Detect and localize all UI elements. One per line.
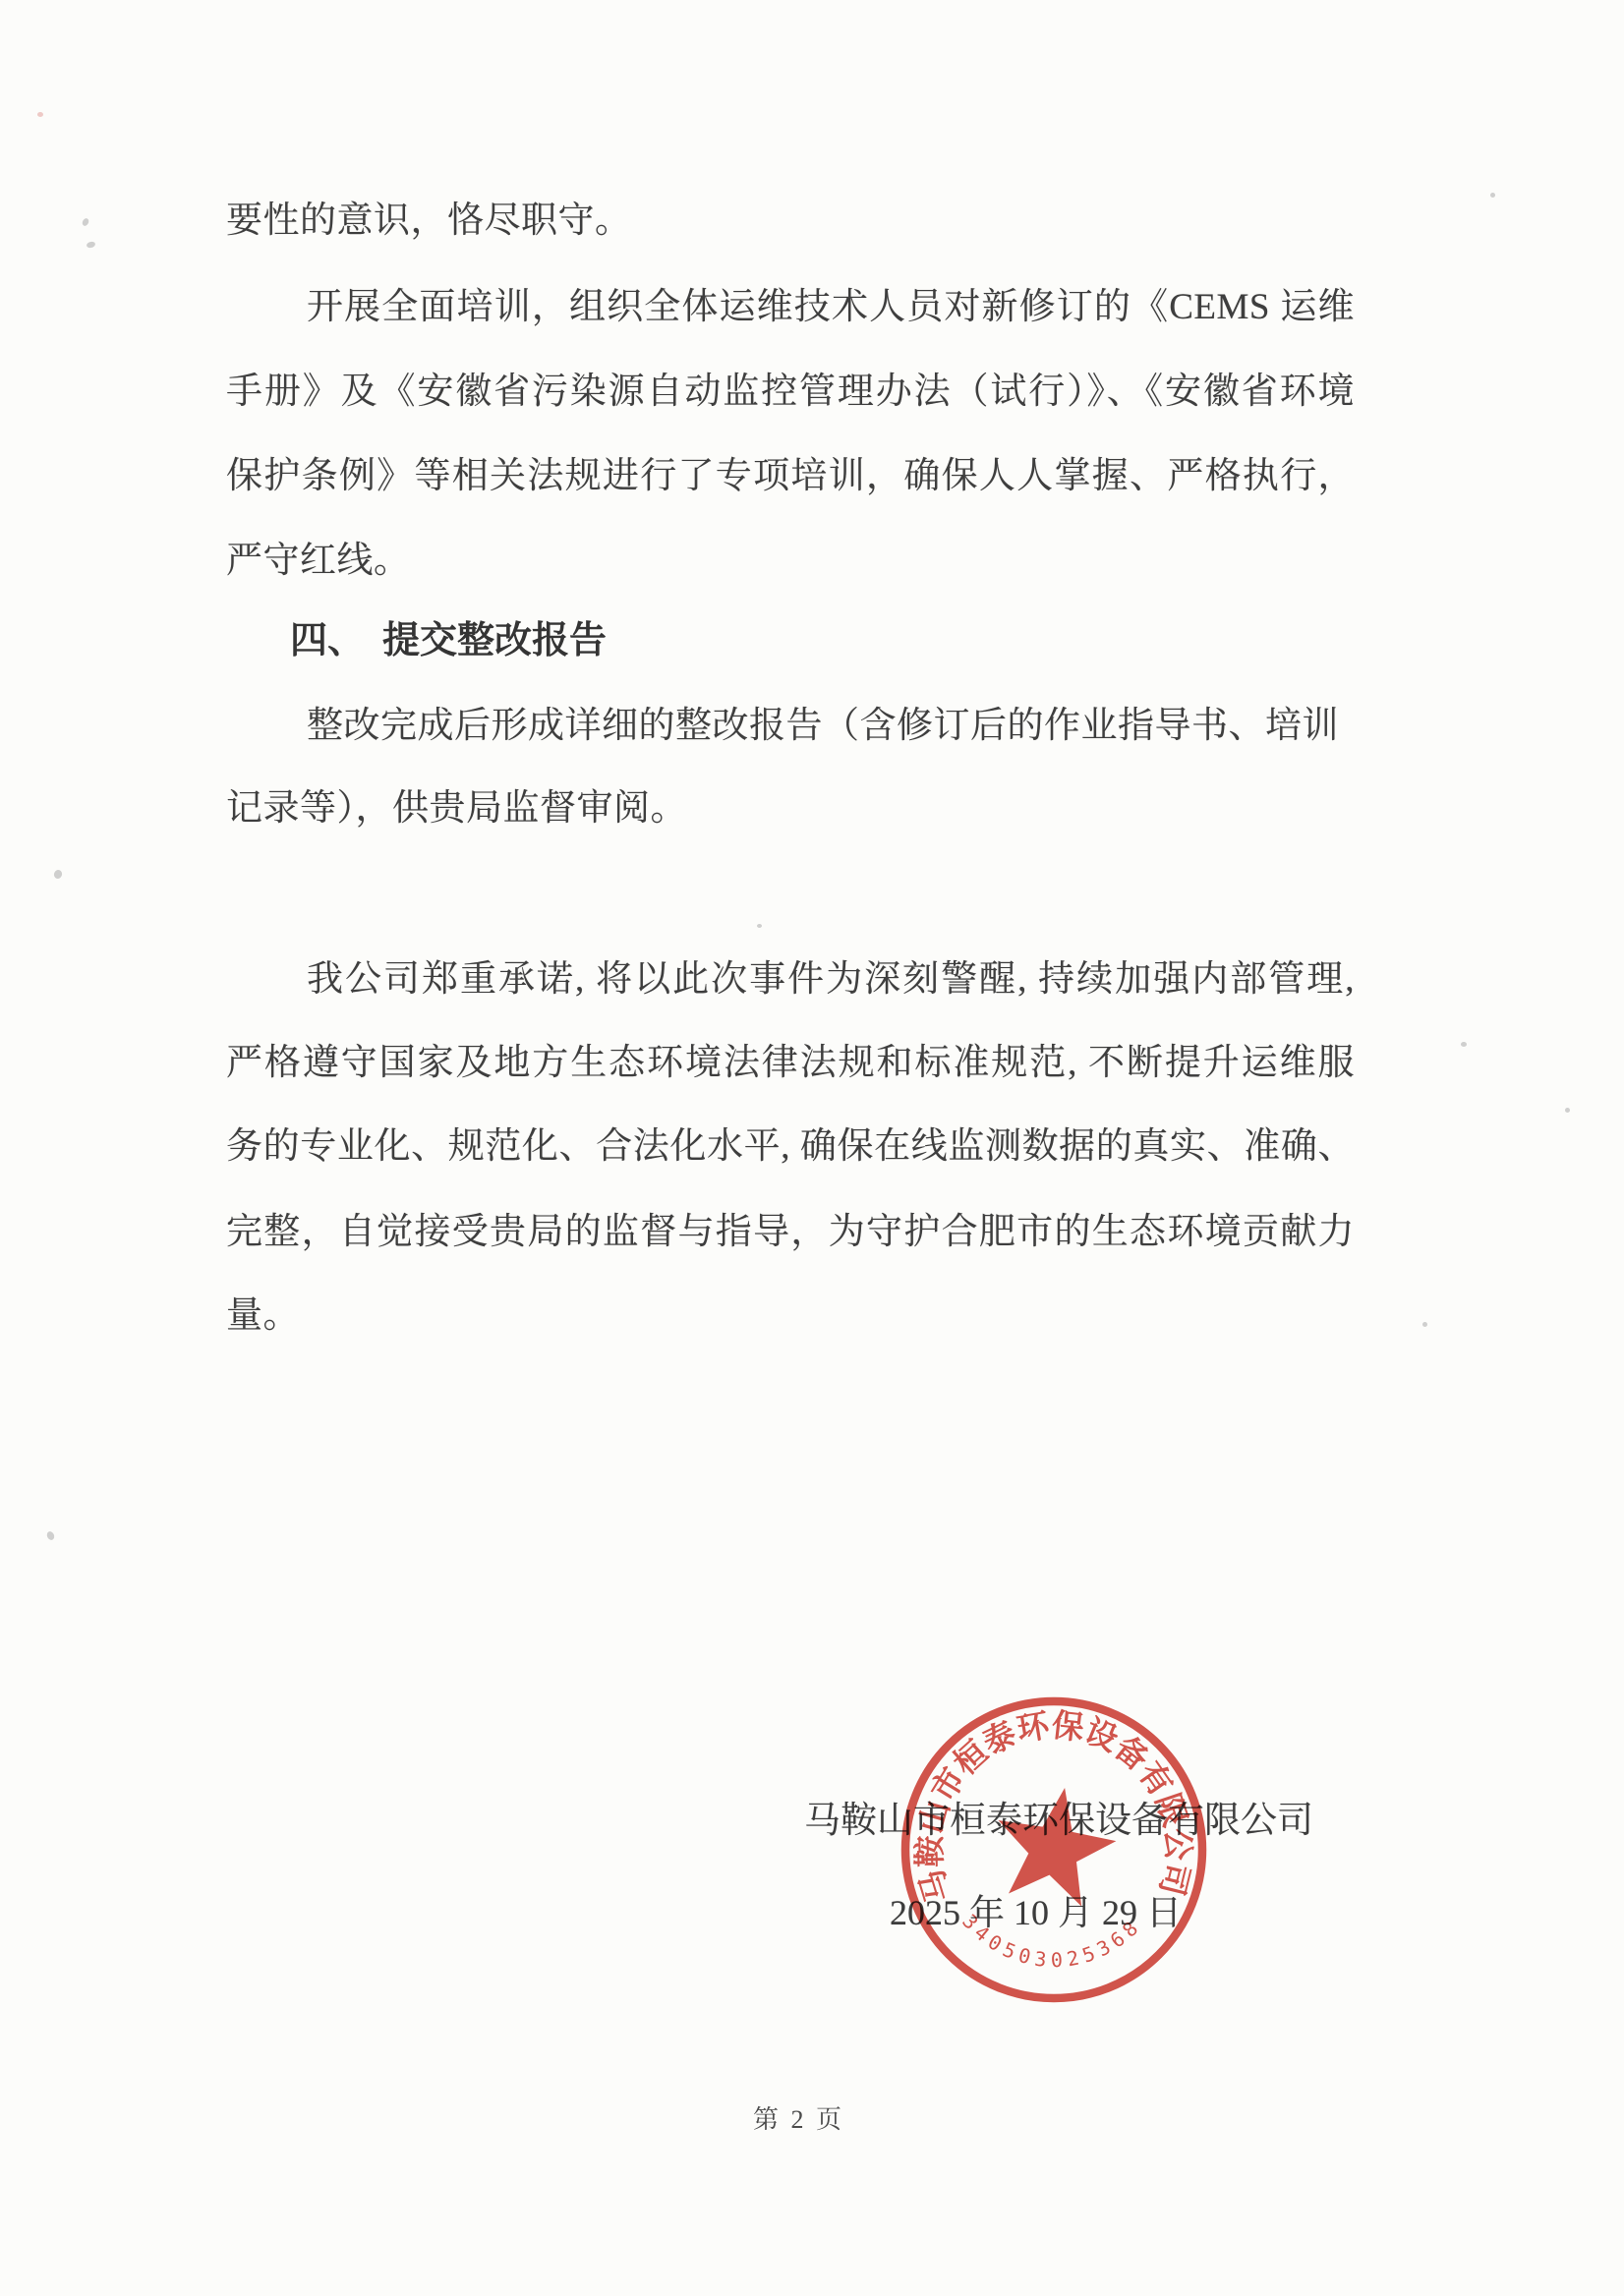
scan-speck bbox=[1422, 1322, 1427, 1327]
company-seal-stamp: 马鞍山市桓泰环保设备有限公司 3405030253681 bbox=[897, 1693, 1211, 2007]
scan-speck bbox=[45, 1530, 55, 1541]
paragraph-line: 开展全面培训，组织全体运维技术人员对新修订的《CEMS 运维 bbox=[307, 286, 1355, 329]
paragraph-line: 量。 bbox=[226, 1294, 300, 1338]
paragraph-line: 保护条例》等相关法规进行了专项培训，确保人人掌握、严格执行， bbox=[226, 455, 1355, 498]
paragraph-line: 完整，自觉接受贵局的监督与指导，为守护合肥市的生态环境贡献力 bbox=[226, 1211, 1355, 1254]
paragraph-line: 要性的意识，恪尽职守。 bbox=[226, 200, 632, 243]
paragraph-line: 整改完成后形成详细的整改报告（含修订后的作业指导书、培训 bbox=[307, 705, 1339, 748]
paragraph-line: 务的专业化、规范化、合法化水平, 确保在线监测数据的真实、准确、 bbox=[226, 1125, 1355, 1169]
scan-speck bbox=[1461, 1042, 1467, 1047]
page-number: 第 2 页 bbox=[753, 2104, 844, 2135]
scan-speck bbox=[37, 112, 43, 117]
scanned-document-page: 要性的意识，恪尽职守。 开展全面培训，组织全体运维技术人员对新修订的《CEMS … bbox=[0, 0, 1624, 2296]
section-title: 提交整改报告 bbox=[382, 620, 607, 661]
section-number: 四、 bbox=[290, 620, 365, 661]
scan-speck bbox=[1490, 193, 1495, 198]
scan-speck bbox=[53, 869, 64, 880]
paragraph-line: 手册》及《安徽省污染源自动监控管理办法（试行）》、《安徽省环境 bbox=[226, 371, 1355, 414]
section-heading: 四、提交整改报告 bbox=[290, 620, 607, 663]
scan-speck bbox=[757, 924, 762, 928]
scan-speck bbox=[1565, 1108, 1570, 1113]
scan-speck bbox=[81, 217, 89, 227]
paragraph-line: 严守红线。 bbox=[226, 540, 411, 583]
scan-speck bbox=[86, 241, 95, 249]
paragraph-line: 严格遵守国家及地方生态环境法律法规和标准规范, 不断提升运维服 bbox=[226, 1042, 1355, 1085]
paragraph-line: 记录等），供贵局监督审阅。 bbox=[226, 787, 687, 831]
paragraph-line: 我公司郑重承诺, 将以此次事件为深刻警醒, 持续加强内部管理, bbox=[307, 958, 1355, 1002]
seal-star-icon bbox=[999, 1788, 1117, 1907]
